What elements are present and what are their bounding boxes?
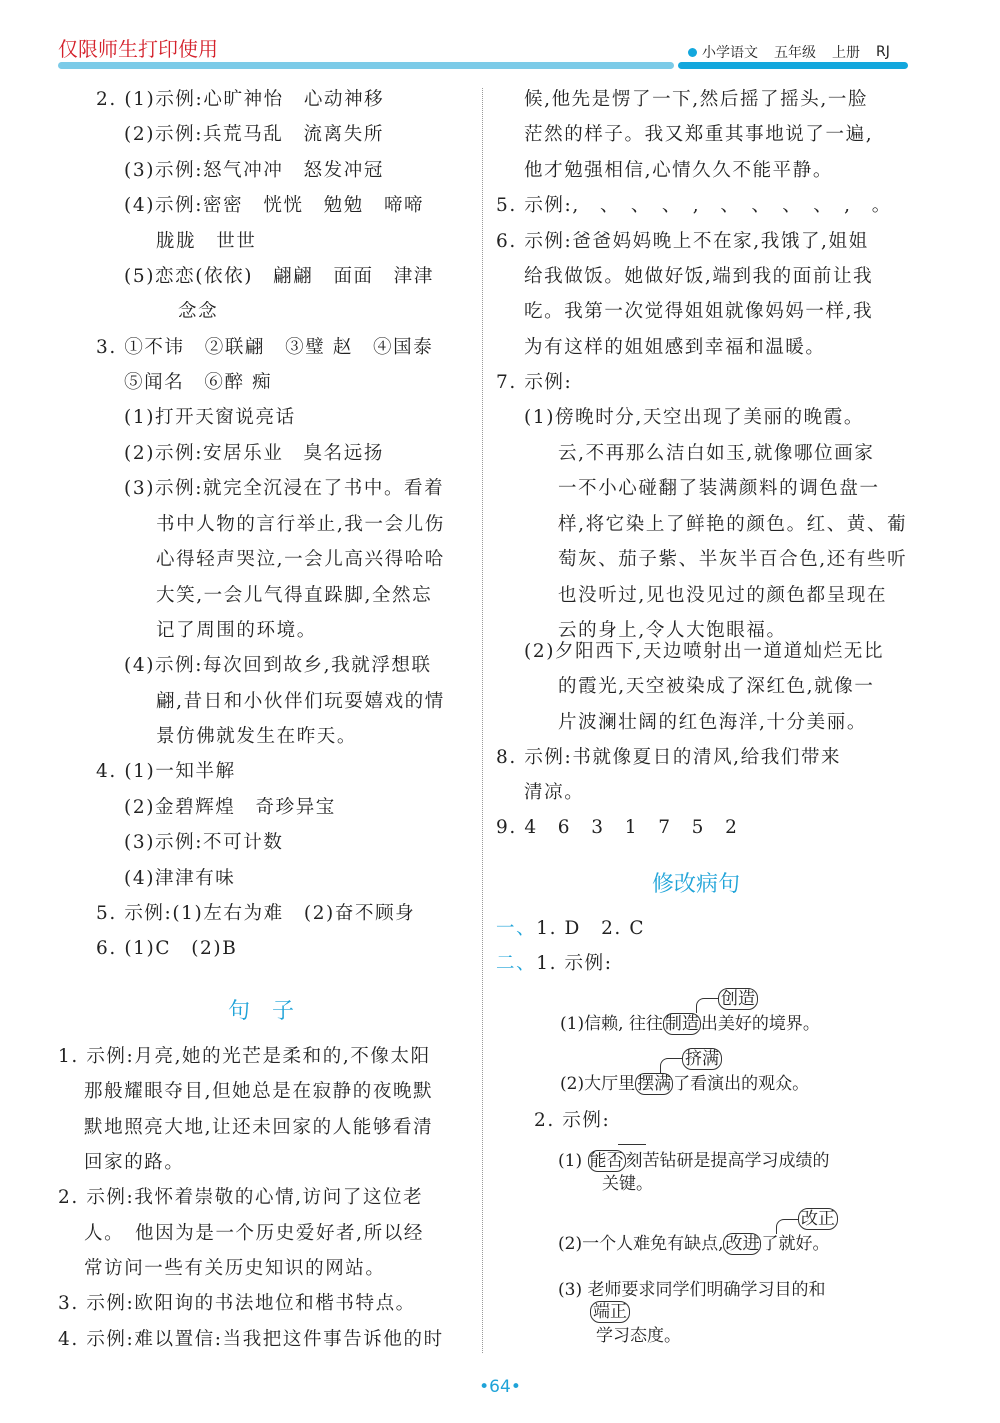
sentence-text: 了看演出的观众。 (673, 1074, 809, 1094)
answer-line: (3)示例:怒气冲冲 怒发冲冠 (124, 160, 384, 182)
answer-line: 回家的路。 (84, 1152, 185, 1174)
answer-line: 念念 (178, 301, 218, 323)
answer-line: 翩,昔日和小伙伴们玩耍嬉戏的情 (156, 691, 445, 713)
question-2-label: 2. 示例: (534, 1110, 610, 1132)
answer-line: (2)示例:安居乐业 臭名远扬 (124, 443, 384, 465)
column-divider (482, 88, 483, 1353)
answer-line: 5. 示例:, 、 、 、 , 、 、 、 、 , 。 (496, 195, 892, 217)
volume-label: 上册 (832, 42, 860, 62)
section-title-revise: 修改病句 (652, 867, 740, 898)
circled-word: 制造 (663, 1013, 701, 1035)
answer-line: 人。 他因为是一个历史爱好者,所以经 (84, 1223, 424, 1245)
correction-hook (776, 1219, 799, 1234)
answer-line: 候,他先是愣了一下,然后摇了摇头,一脸 (524, 89, 868, 111)
answer-line: (4)示例:每次回到故乡,我就浮想联 (124, 655, 432, 677)
answer-line: 3. 示例:欧阳询的书法地位和楷书特点。 (58, 1293, 416, 1315)
answer-line: 5. 示例:(1)左右为难 (2)奋不顾身 (96, 903, 415, 925)
answer-line: (5)恋恋(依依) 翩翩 面面 津津 (124, 266, 434, 288)
sentence-3: (3) 老师要求同学们明确学习目的和 (558, 1279, 825, 1301)
answer-line: 2. (1)示例:心旷神怡 心动神移 (96, 89, 384, 111)
bullet-icon (688, 48, 697, 57)
answer-line: 清凉。 (524, 782, 584, 804)
answer-line: 4. (1)一知半解 (96, 761, 236, 783)
answer-line: (2)示例:兵荒马乱 流离失所 (124, 124, 384, 146)
answer-line: 9. 4 6 3 1 7 5 2 (496, 817, 739, 839)
answer-line: 他才勉强相信,心情久久不能平静。 (524, 160, 833, 182)
answer-line: (1)傍晚时分,天空出现了美丽的晚霞。 (524, 407, 864, 429)
answer-line: 云,不再那么洁白如玉,就像哪位画家 (558, 443, 874, 465)
part-2-text: 1. 示例: (536, 953, 612, 974)
answer-line: (3)示例:就完全沉浸在了书中。看着 (124, 478, 444, 500)
sentence-1: (1)信赖, 往往制造出美好的境界。 (560, 1013, 820, 1035)
answer-line: 吃。我第一次觉得姐姐就像妈妈一样,我 (524, 301, 873, 323)
answer-line: 胧胧 世世 (156, 231, 257, 253)
answer-line: 7. 示例: (496, 372, 572, 394)
sentence-2: (2)一个人难免有缺点,改进了就好。 (558, 1233, 829, 1255)
answer-line: (2)金碧辉煌 奇珍异宝 (124, 797, 336, 819)
answer-line: 6. (1)C (2)B (96, 938, 237, 960)
subject-label: 小学语文 (702, 42, 758, 62)
sentence-text: (2)一个人难免有缺点, (558, 1234, 723, 1254)
sentence-text: 了就好。 (761, 1234, 829, 1254)
answer-line: 4. 示例:难以置信:当我把这件事告诉他的时 (58, 1329, 444, 1351)
answer-line: (1)打开天窗说亮话 (124, 407, 296, 429)
answer-line: 大笑,一会儿气得直跺脚,全然忘 (156, 585, 432, 607)
correction-word: 改正 (798, 1208, 838, 1230)
sentence-text: 出美好的境界。 (701, 1014, 820, 1034)
correction-word: 创造 (718, 988, 758, 1010)
answer-line: 3. ①不讳 ②联翩 ③璧 赵 ④国泰 (96, 337, 433, 359)
circled-word: 能否 (588, 1150, 626, 1172)
sentence-2: (2)大厅里摆满了看演出的观众。 (560, 1073, 809, 1095)
answer-line: 6. 示例:爸爸妈妈晚上不在家,我饿了,姐姐 (496, 231, 869, 253)
correction-word: 挤满 (682, 1048, 722, 1070)
section-title-sentences: 句 子 (228, 994, 294, 1025)
answer-line: 书中人物的言行举止,我一会儿伤 (156, 514, 445, 536)
answer-line: 一不小心碰翻了装满颜料的调色盘一 (558, 478, 880, 500)
sentence-1-line-2: 关键。 (602, 1173, 653, 1195)
answer-part-2: 二、1. 示例: (496, 953, 613, 975)
circled-word: 摆满 (635, 1073, 673, 1095)
correction-hook (696, 998, 719, 1013)
sentence-text: (1)信赖, 往往 (560, 1014, 663, 1034)
sentence-text: (2)大厅里 (560, 1074, 635, 1094)
answer-line: 也没听过,见也没见过的颜色都呈现在 (558, 585, 887, 607)
answer-part-1: 一、1. D 2. C (496, 918, 645, 940)
edition-label: RJ (876, 44, 890, 60)
answer-line: (4)示例:密密 恍恍 勉勉 啼啼 (124, 195, 424, 217)
part-2-label: 二、 (496, 953, 536, 974)
header-bar-right (678, 62, 908, 69)
answer-line: 那般耀眼夺目,但她总是在寂静的夜晚默 (84, 1081, 433, 1103)
page-number: •64• (460, 1377, 540, 1397)
correction-hook (660, 1058, 683, 1073)
answer-line: 为有这样的姐姐感到幸福和温暖。 (524, 337, 826, 359)
answer-line: 云的身上,令人大饱眼福。 (558, 620, 787, 642)
sentence-text: (1) (558, 1151, 582, 1171)
part-1-text: 1. D 2. C (536, 918, 645, 939)
answer-line: 景仿佛就发生在昨天。 (156, 726, 357, 748)
answer-line: 默地照亮大地,让还未回家的人能够看清 (84, 1117, 433, 1139)
answer-line: (3)示例:不可计数 (124, 832, 283, 854)
sentence-1: (1) 能否刻苦钻研是提高学习成绩的 (558, 1150, 830, 1172)
print-notice-title: 仅限师生打印使用 (58, 33, 218, 62)
sentence-3-line-2: 学习态度。 (596, 1325, 681, 1347)
answer-line: 2. 示例:我怀着崇敬的心情,访问了这位老 (58, 1187, 423, 1209)
answer-line: (4)津津有味 (124, 868, 235, 890)
answer-line: 给我做饭。她做好饭,端到我的面前让我 (524, 266, 873, 288)
answer-line: 记了周围的环境。 (156, 620, 317, 642)
sentence-text: 刻苦钻研是提高学习成绩的 (626, 1151, 830, 1171)
answer-line: 8. 示例:书就像夏日的清风,给我们带来 (496, 747, 841, 769)
answer-line: 的霞光,天空被染成了深红色,就像一 (558, 676, 874, 698)
part-1-label: 一、 (496, 918, 536, 939)
answer-line: 萄灰、茄子紫、半灰半百合色,还有些听 (558, 549, 907, 571)
inserted-word: 端正 (590, 1301, 630, 1323)
answer-line: 常访问一些有关历史知识的网站。 (84, 1258, 386, 1280)
answer-line: 1. 示例:月亮,她的光芒是柔和的,不像太阳 (58, 1046, 431, 1068)
header-bar-left (58, 62, 674, 69)
answer-line: ⑤闻名 ⑥醉 痴 (124, 372, 272, 394)
answer-line: 样,将它染上了鲜艳的颜色。红、黄、葡 (558, 514, 907, 536)
grade-label: 五年级 (774, 42, 816, 62)
book-info: 小学语文 五年级 上册 RJ (688, 42, 890, 62)
circled-word: 改进 (723, 1233, 761, 1255)
answer-line: 茫然的样子。我又郑重其事地说了一遍, (524, 124, 873, 146)
answer-line: 心得轻声哭泣,一会儿高兴得哈哈 (156, 549, 445, 571)
answer-line: (2)夕阳西下,天边喷射出一道道灿烂无比 (524, 641, 884, 663)
answer-line: 片波澜壮阔的红色海洋,十分美丽。 (558, 712, 867, 734)
